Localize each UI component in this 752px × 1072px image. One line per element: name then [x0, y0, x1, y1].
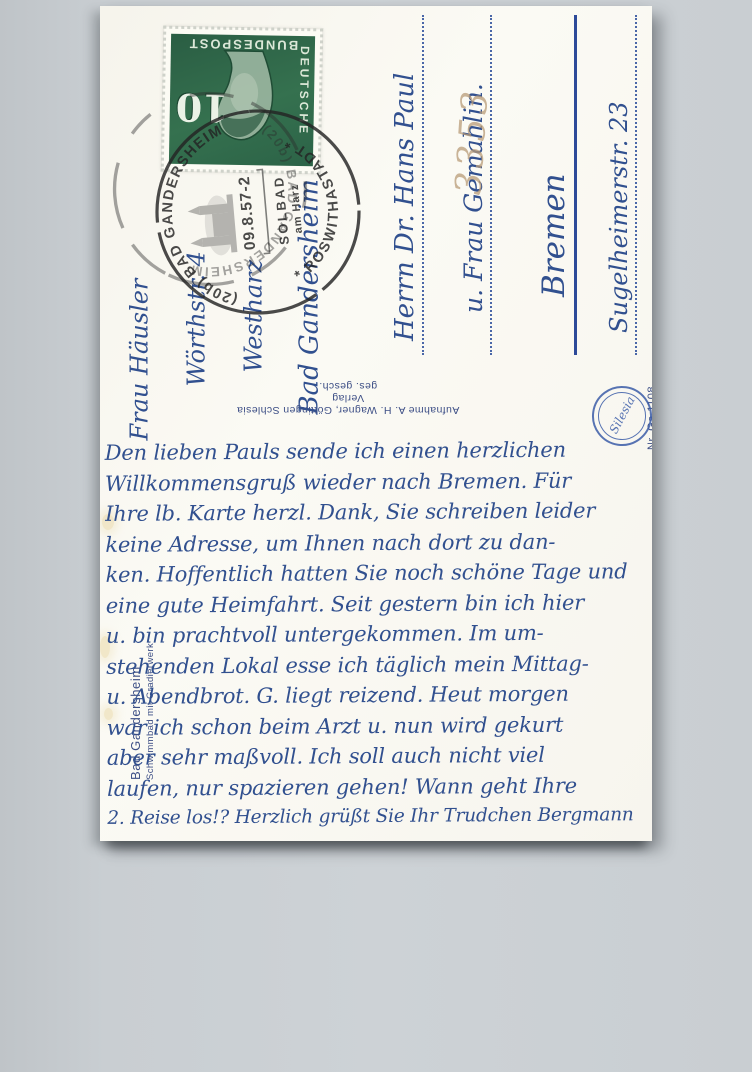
message-line: laufen, nur spazieren gehen! Wann geht I…	[107, 770, 652, 804]
postmark-date: 09.8.57-2	[236, 175, 259, 251]
message-line: 2. Reise los!? Herzlich grüßt Sie Ihr Tr…	[107, 800, 652, 834]
message-line: Willkommensgruß wieder nach Bremen. Für	[105, 465, 652, 499]
message-line: aber sehr maßvoll. Ich soll auch nicht v…	[107, 739, 652, 773]
recipient-name: Herrn Dr. Hans Paul	[390, 73, 420, 341]
postmark-slogan-2: am Harz	[289, 183, 305, 234]
message-line: keine Adresse, um Ihnen nach dort zu dan…	[105, 526, 652, 560]
address-line-city: Bremen	[492, 15, 577, 355]
sender-name: Frau Häusler	[126, 279, 154, 441]
recipient-address: 3353 Herrn Dr. Hans Paul u. Frau Gemahli…	[360, 15, 630, 355]
postmark-church-icon	[187, 194, 238, 258]
message-line: war ich schon beim Arzt u. nun wird geku…	[107, 709, 652, 743]
publisher-imprint: Aufnahme A. H. Wagner, Göttingen Schlesi…	[230, 380, 466, 416]
recipient-street: Sugelheimerstr. 23	[605, 101, 633, 333]
message-line: stehenden Lokal esse ich täglich mein Mi…	[106, 648, 652, 682]
message-line: u. bin prachtvoll untergekommen. Im um-	[106, 617, 652, 651]
postal-code-pencil: 3353	[448, 86, 496, 196]
rights-line: ges. gesch.	[230, 380, 466, 392]
message-body: Den lieben Pauls sende ich einen herzlic…	[105, 434, 652, 834]
recipient-city: Bremen	[536, 173, 572, 297]
message-line: Den lieben Pauls sende ich einen herzlic…	[105, 434, 652, 468]
message-line: u. Abendbrot. G. liegt reizend. Heut mor…	[106, 678, 652, 712]
postcard: Bad Gandersheim Schwimmbad mit Gradierwe…	[100, 6, 652, 841]
message-line: ken. Hoffentlich hatten Sie noch schöne …	[105, 556, 652, 590]
message-line: Ihre lb. Karte herzl. Dank, Sie schreibe…	[105, 495, 652, 529]
address-line-street: Sugelheimerstr. 23	[577, 15, 637, 355]
stamp-service-text: BUNDESPOST	[171, 36, 315, 54]
publisher-line: Aufnahme A. H. Wagner, Göttingen Schlesi…	[230, 392, 466, 416]
postmark: (20b) BAD GANDERSHEIM * ROSWITHASTADT * …	[139, 93, 377, 331]
message-line: eine gute Heimfahrt. Seit gestern bin ic…	[106, 587, 652, 621]
